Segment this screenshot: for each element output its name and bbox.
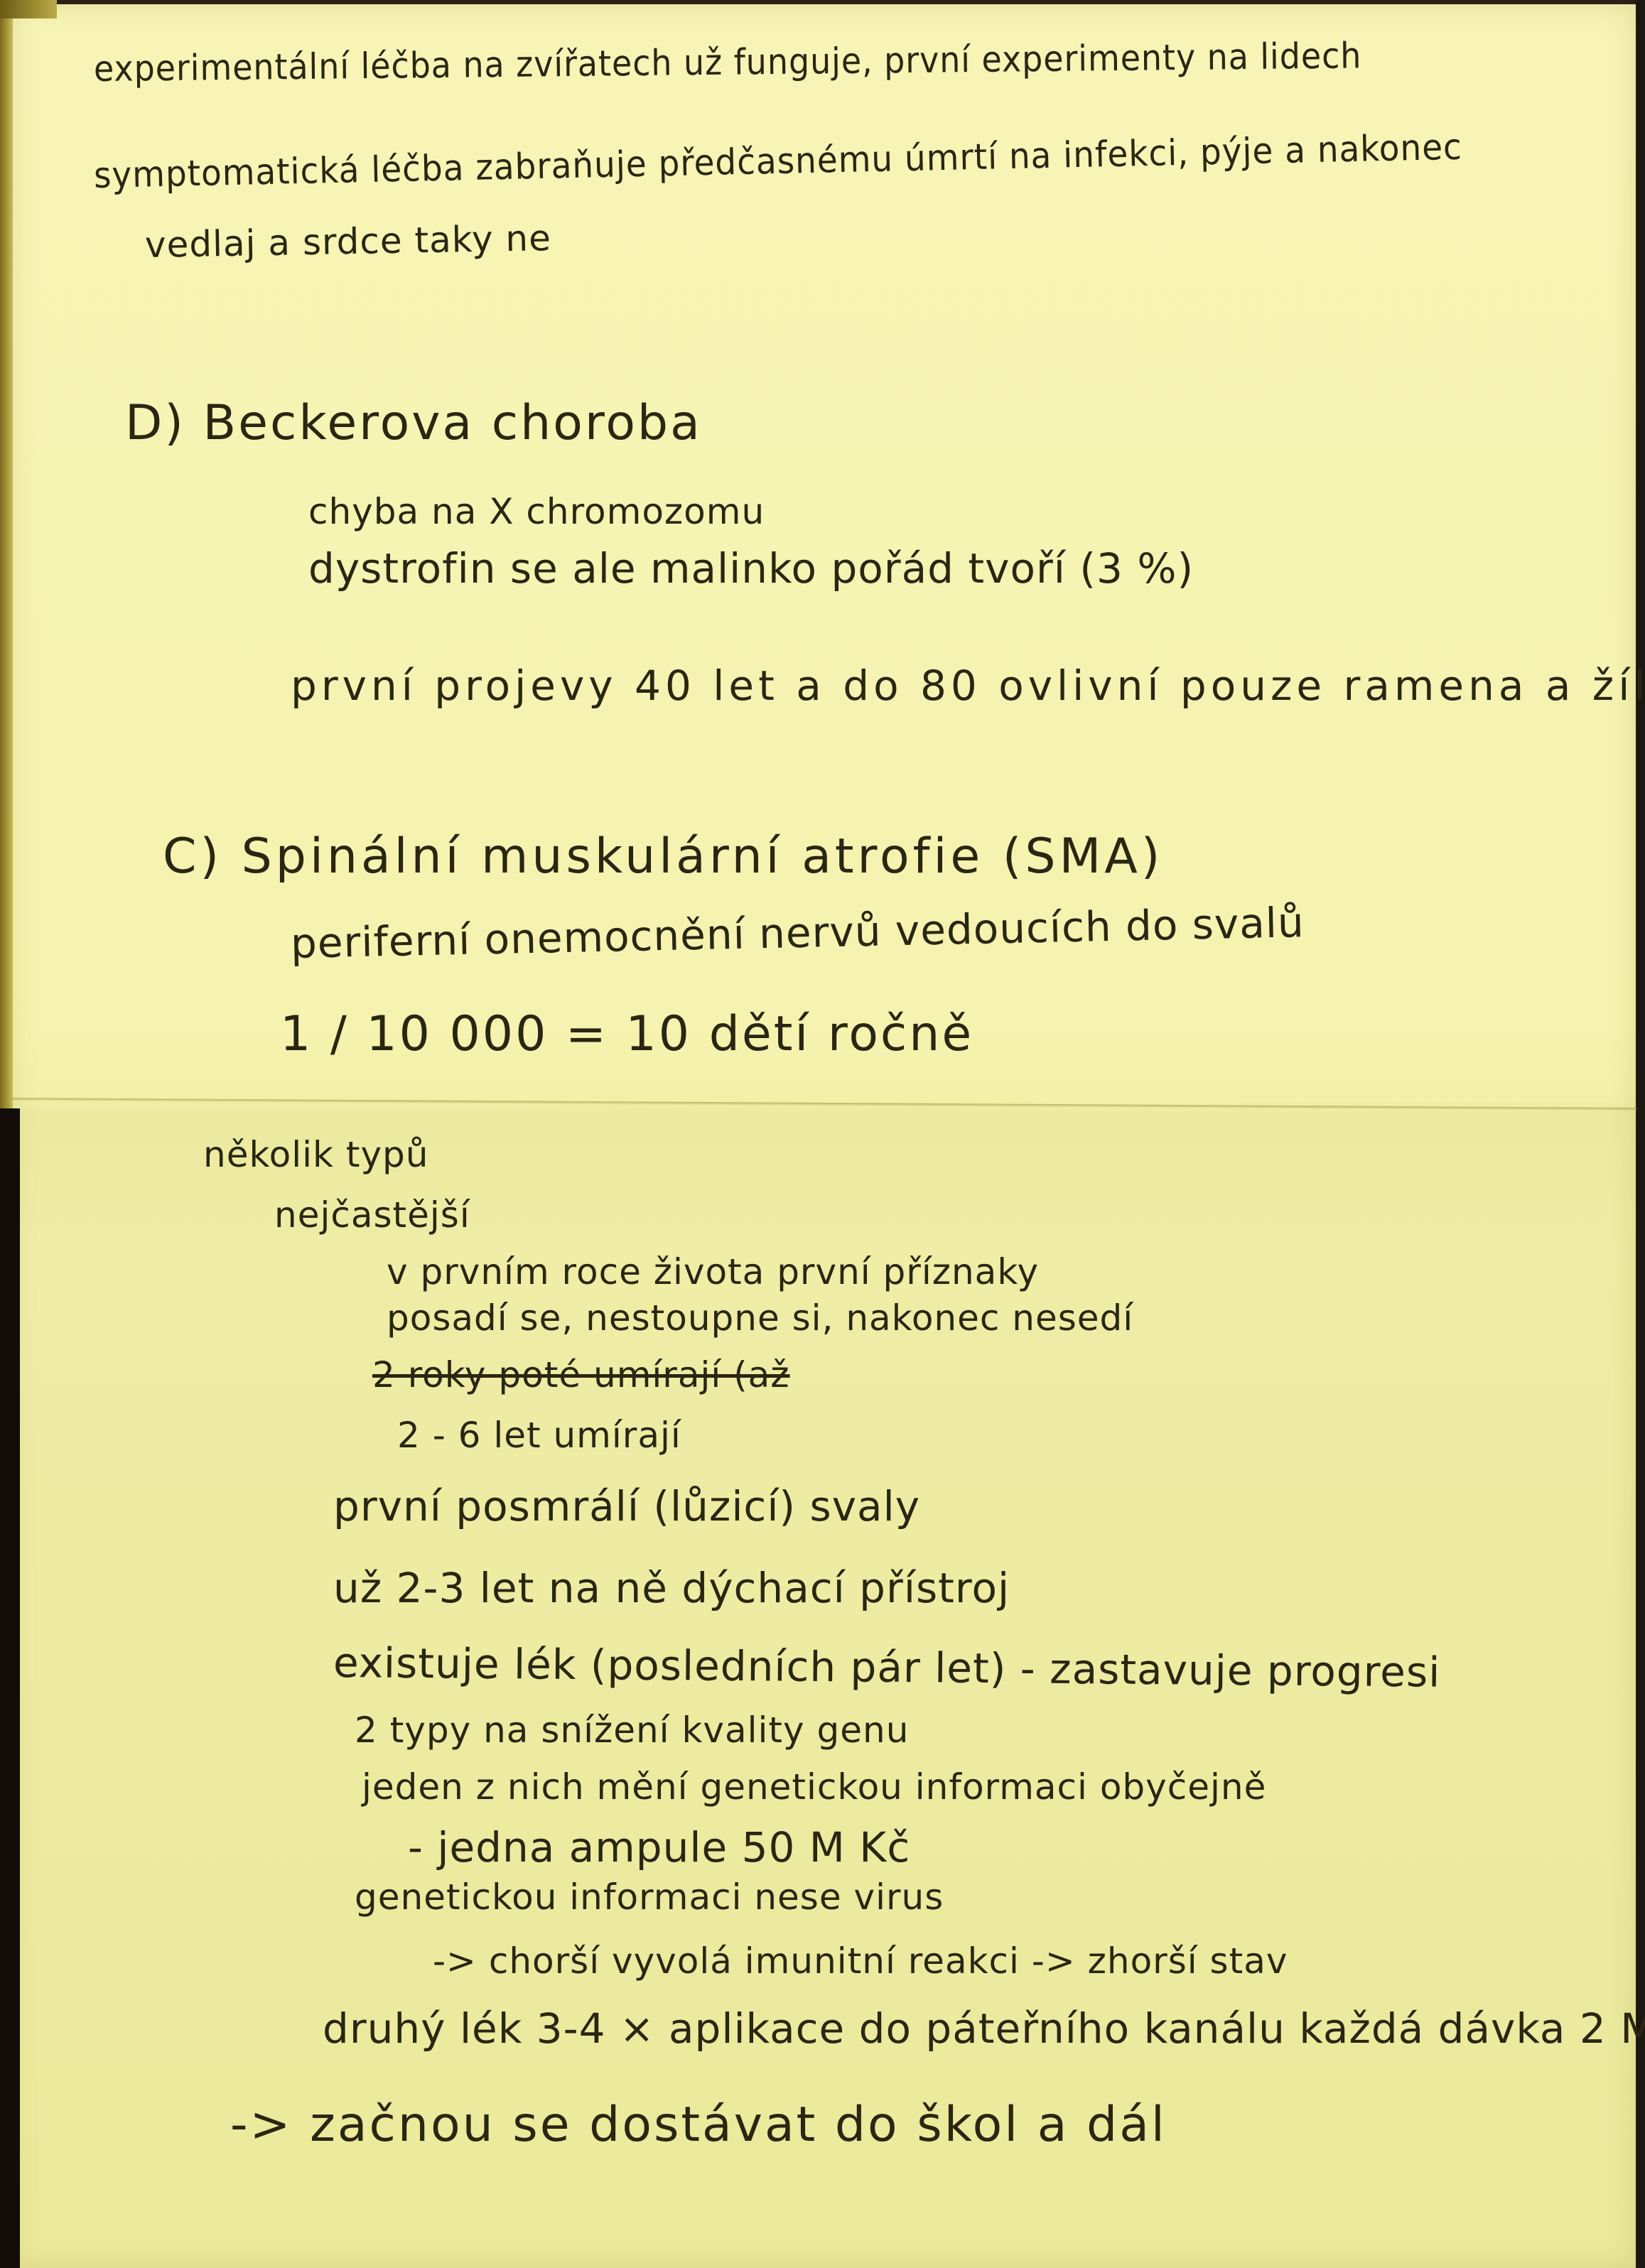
- note-line: nejčastější: [274, 1194, 470, 1236]
- note-line: 1 / 10 000 = 10 dětí ročně: [280, 1006, 973, 1062]
- notes-paper-sheet: experimentální léčba na zvířatech už fun…: [10, 4, 1636, 2268]
- struck-note-line: 2 roky poté umírají (až: [372, 1354, 790, 1395]
- note-line: -> začnou se dostávat do škol a dál: [230, 2097, 1167, 2153]
- section-heading-sma: C) Spinální muskulární atrofie (SMA): [163, 828, 1163, 885]
- note-line: jeden z nich mění genetickou informaci o…: [362, 1766, 1266, 1808]
- photo-background-edge: [0, 1108, 20, 2268]
- note-line: několik typů: [203, 1134, 428, 1175]
- note-line: druhý lék 3-4 × aplikace do páteřního ka…: [323, 2004, 1645, 2053]
- note-line: existuje lék (posledních pár let) - zast…: [333, 1638, 1441, 1697]
- note-line: posadí se, nestoupne si, nakonec nesedí: [387, 1297, 1133, 1339]
- note-line: symptomatická léčba zabraňuje předčasném…: [93, 126, 1462, 196]
- section-heading-beckerova-choroba: D) Beckerova choroba: [125, 395, 702, 451]
- note-line: genetickou informaci nese virus: [355, 1876, 944, 1918]
- note-line: periferní onemocnění nervů vedoucích do …: [290, 898, 1305, 968]
- note-line: experimentální léčba na zvířatech už fun…: [94, 35, 1362, 90]
- note-line: dystrofin se ale malinko pořád tvoří (3 …: [308, 544, 1194, 593]
- note-line: první posmrálí (lůzicí) svaly: [333, 1482, 920, 1530]
- note-line: 2 - 6 let umírají: [397, 1415, 681, 1456]
- note-line: 2 typy na snížení kvality genu: [355, 1710, 909, 1751]
- note-line: -> chorší vyvolá imunitní reakci -> zhor…: [433, 1940, 1288, 1982]
- note-line: první projevy 40 let a do 80 ovlivní pou…: [291, 661, 1645, 710]
- note-line: vedlaj a srdce taky ne: [144, 217, 551, 266]
- photo-background-corner: [0, 0, 57, 18]
- photo-background-edge: [0, 0, 13, 1108]
- note-line: chyba na X chromozomu: [308, 491, 765, 532]
- note-line: už 2-3 let na ně dýchací přístroj: [333, 1564, 1010, 1612]
- photo-background-edge: [1636, 0, 1645, 2268]
- note-line: v prvním roce života první příznaky: [387, 1251, 1039, 1292]
- note-line: - jedna ampule 50 M Kč: [408, 1823, 910, 1872]
